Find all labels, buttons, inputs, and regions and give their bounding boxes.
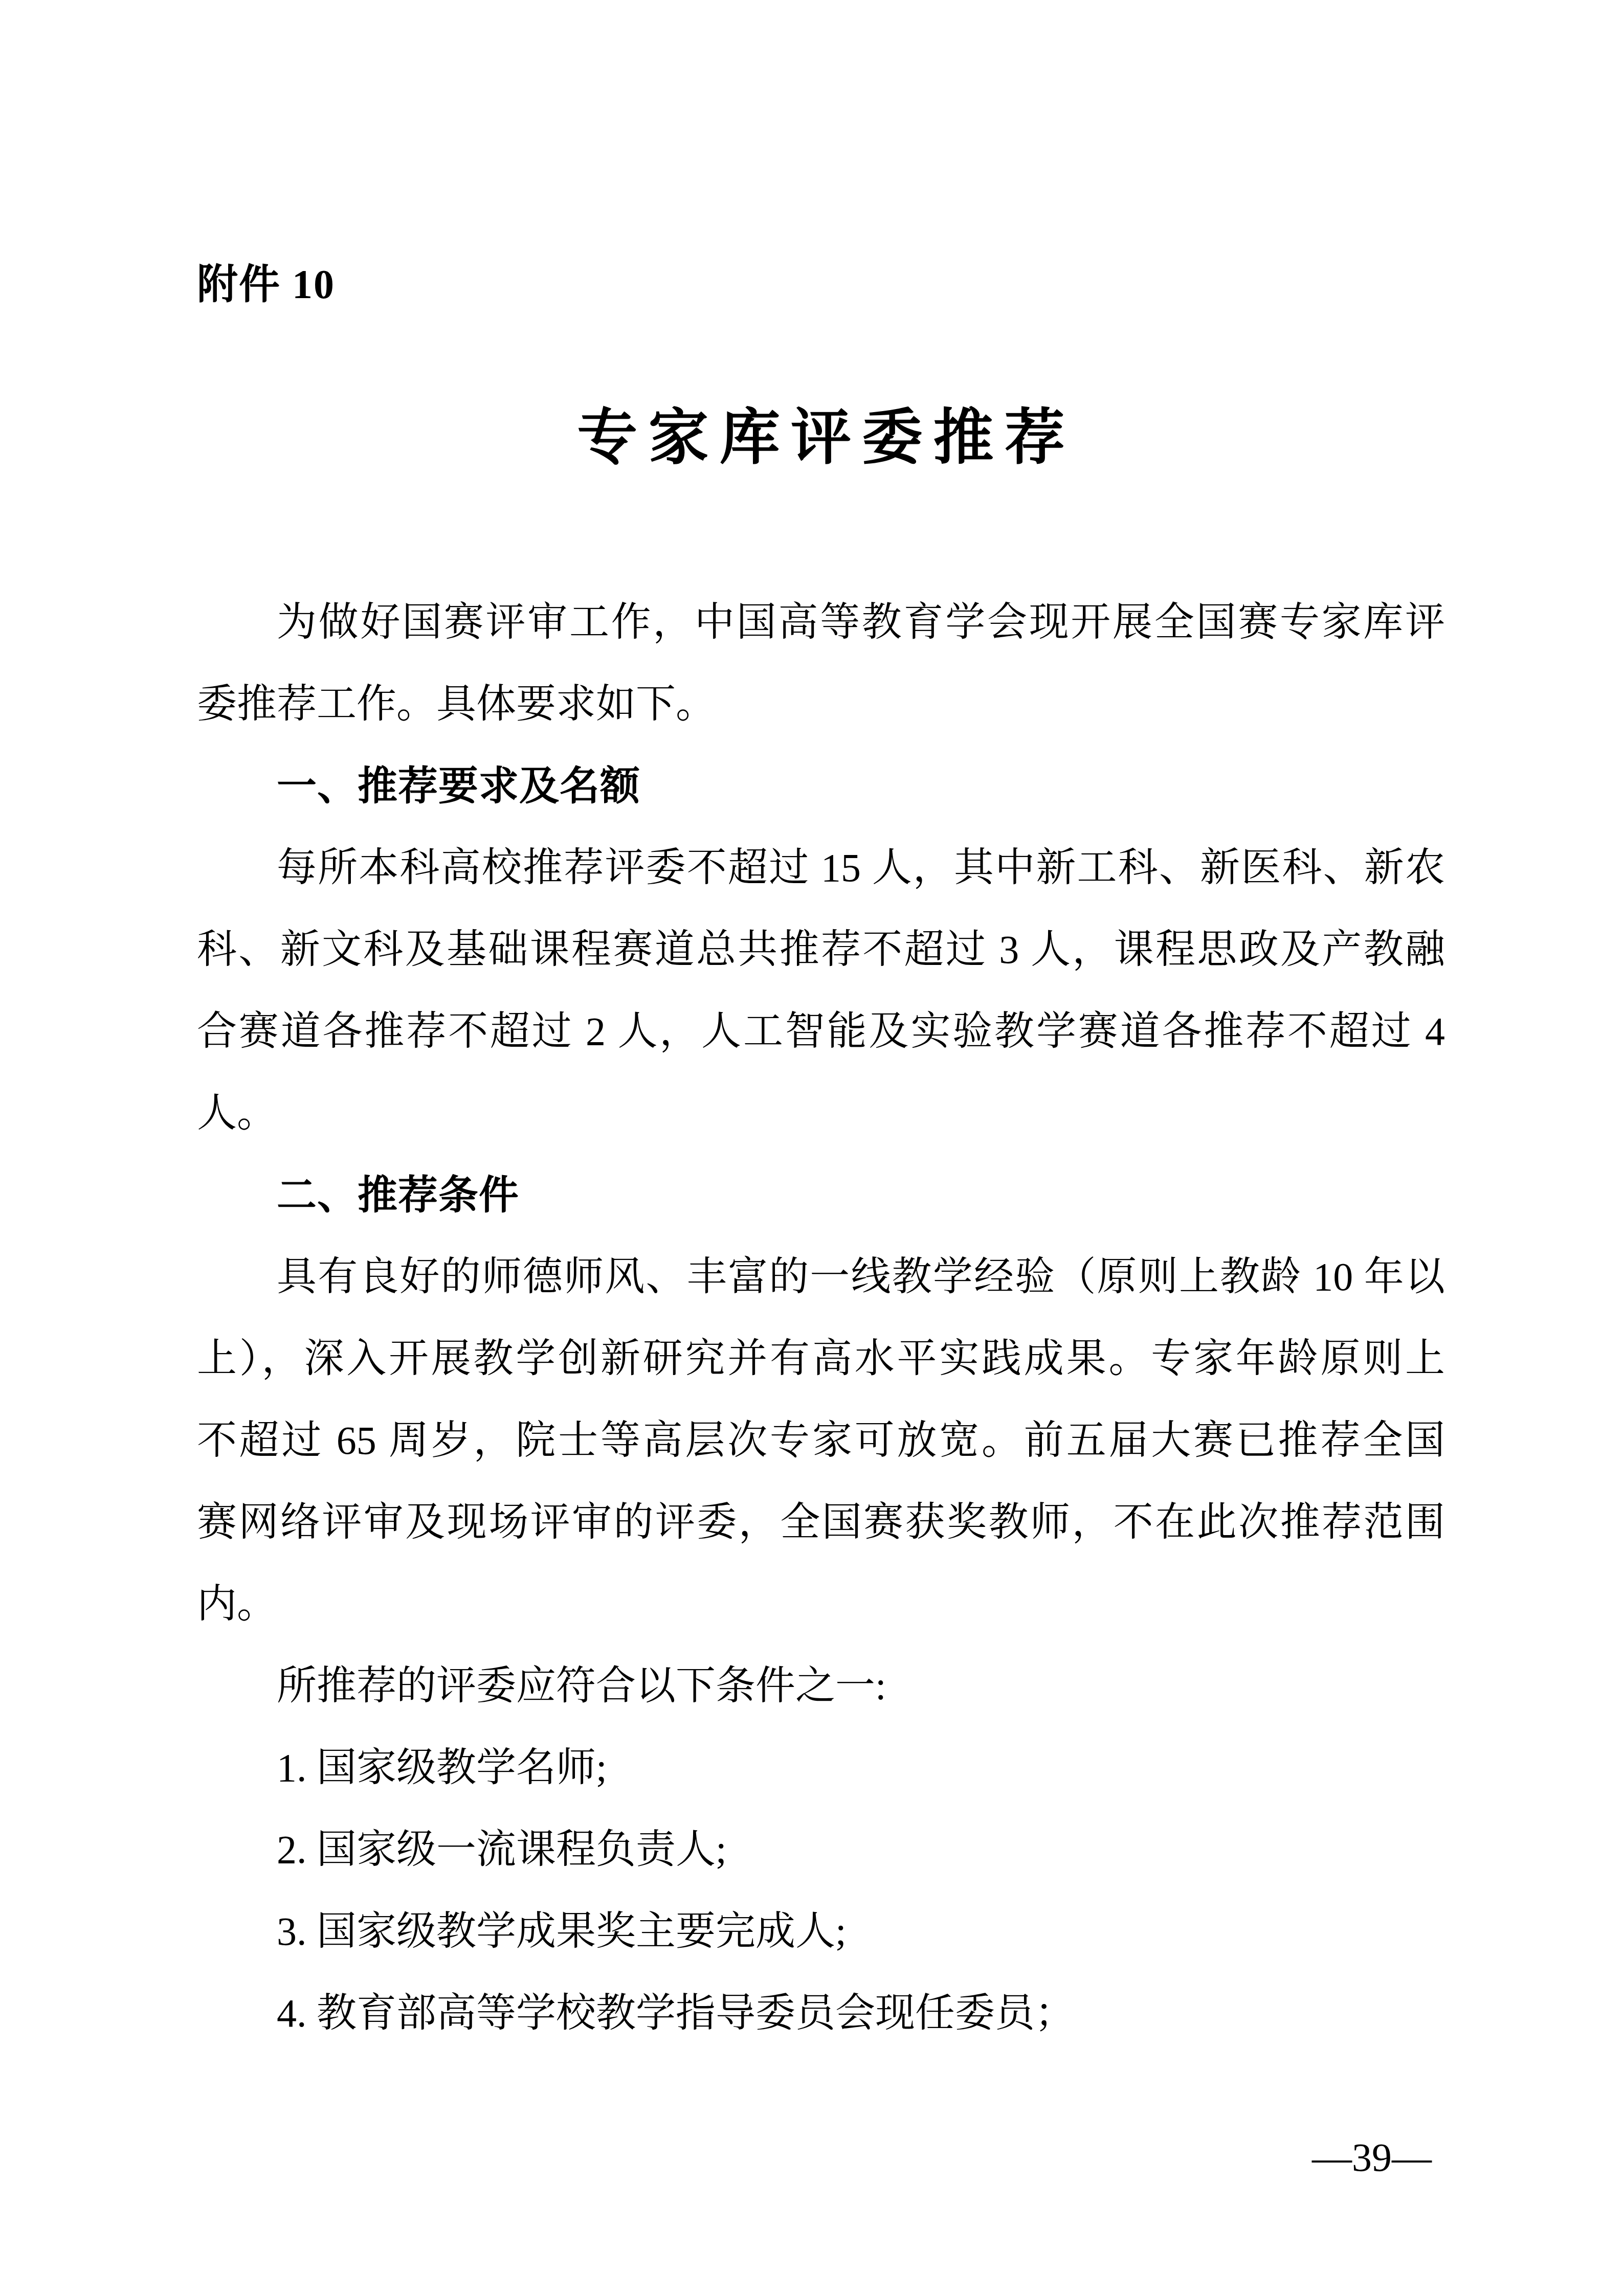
conditions-line-1: 具有良好的师德师风、丰富的一线教学经验（原则上教龄 10 年以 (197, 1236, 1445, 1318)
condition-item-4: 4. 教育部高等学校教学指导委员会现任委员； (197, 1972, 1445, 2054)
intro-line-1: 为做好国赛评审工作，中国高等教育学会现开展全国赛专家库评 (197, 581, 1445, 663)
condition-item-3: 3. 国家级教学成果奖主要完成人; (197, 1890, 1445, 1972)
document-page: 附件 10 专家库评委推荐 为做好国赛评审工作，中国高等教育学会现开展全国赛专家… (0, 0, 1624, 2296)
conditions-line-5: 内。 (197, 1563, 1445, 1645)
section1-heading: 一、推荐要求及名额 (197, 745, 1445, 827)
section2-heading: 二、推荐条件 (197, 1154, 1445, 1236)
quota-line-4: 人。 (197, 1072, 1445, 1154)
quota-line-1: 每所本科高校推荐评委不超过 15 人，其中新工科、新医科、新农 (197, 827, 1445, 909)
intro-line-2: 委推荐工作。具体要求如下。 (197, 663, 1445, 745)
conditions-line-2: 上），深入开展教学创新研究并有高水平实践成果。专家年龄原则上 (197, 1318, 1445, 1400)
condition-item-2: 2. 国家级一流课程负责人; (197, 1809, 1445, 1890)
attachment-label: 附件 10 (197, 244, 1445, 326)
quota-line-2: 科、新文科及基础课程赛道总共推荐不超过 3 人，课程思政及产教融 (197, 909, 1445, 991)
list-intro-line: 所推荐的评委应符合以下条件之一: (197, 1645, 1445, 1727)
quota-line-3: 合赛道各推荐不超过 2 人，人工智能及实验教学赛道各推荐不超过 4 (197, 991, 1445, 1072)
conditions-line-3: 不超过 65 周岁，院士等高层次专家可放宽。前五届大赛已推荐全国 (197, 1400, 1445, 1481)
conditions-line-4: 赛网络评审及现场评审的评委，全国赛获奖教师，不在此次推荐范围 (197, 1481, 1445, 1563)
page-number: —39— (1312, 2137, 1432, 2177)
document-title: 专家库评委推荐 (197, 397, 1445, 479)
document-body: 为做好国赛评审工作，中国高等教育学会现开展全国赛专家库评 委推荐工作。具体要求如… (197, 581, 1445, 2054)
condition-item-1: 1. 国家级教学名师; (197, 1727, 1445, 1809)
